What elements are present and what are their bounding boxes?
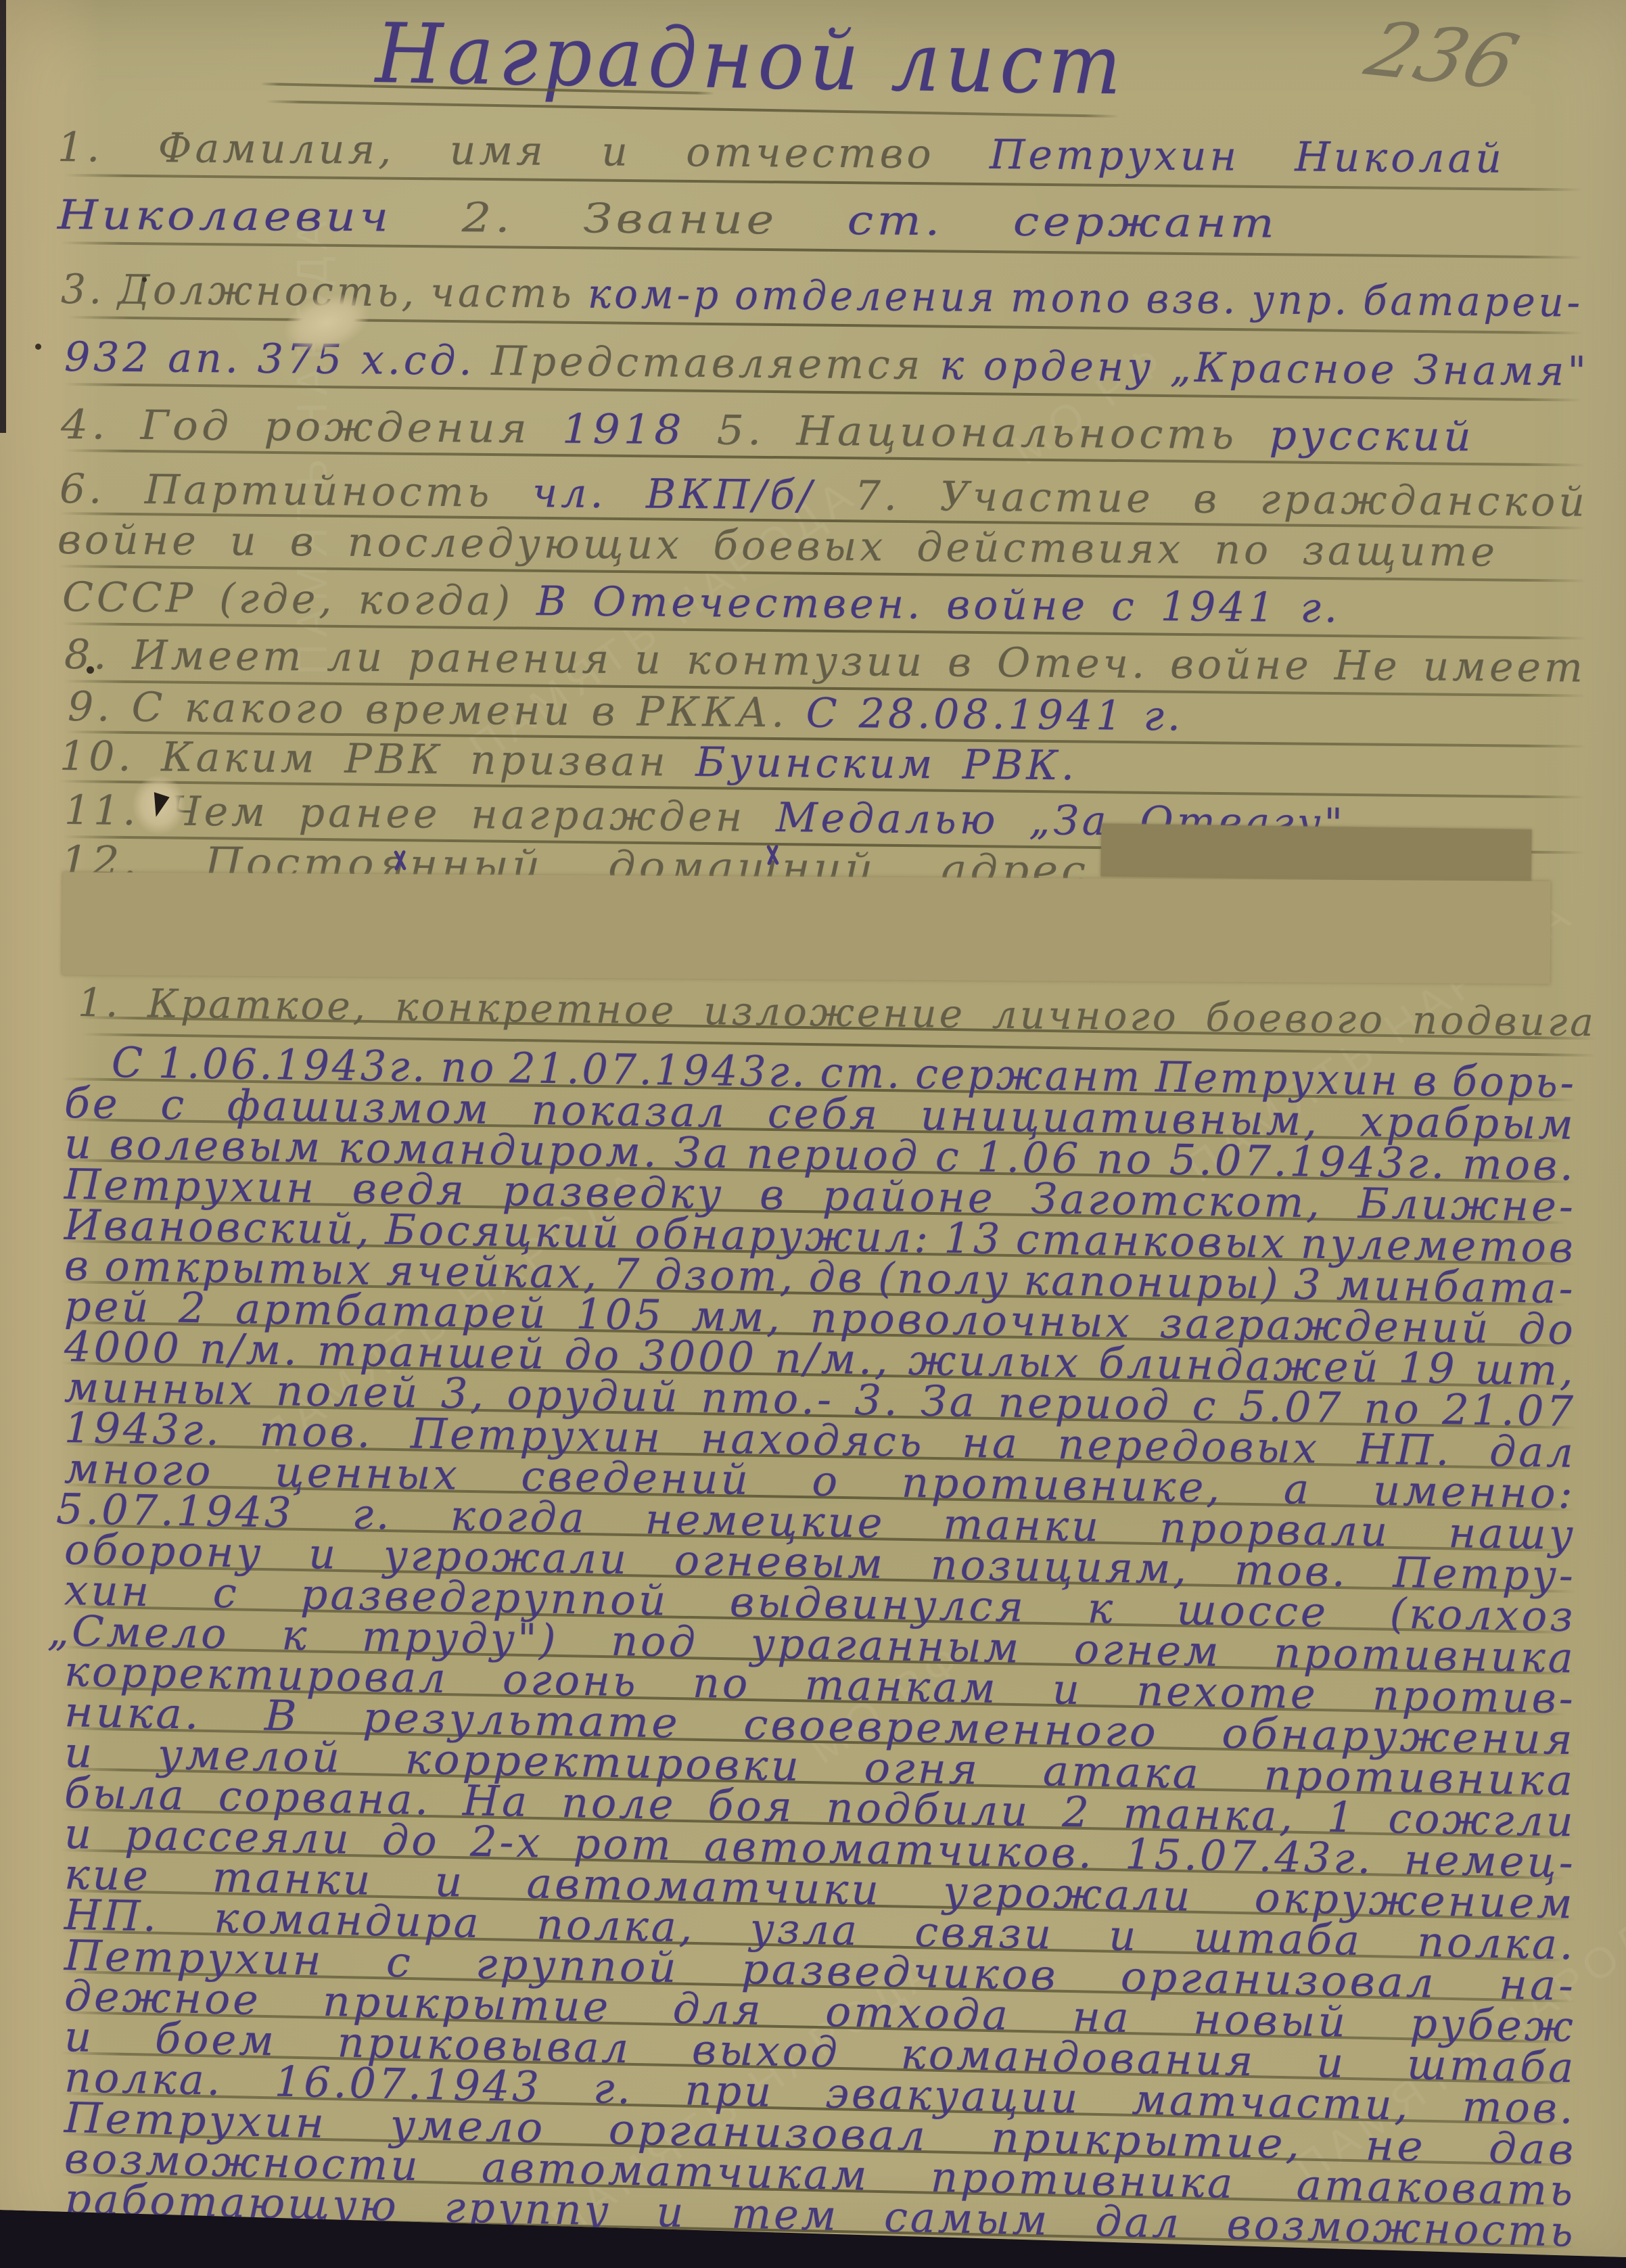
form-row: Николаевич 2. Звание ст. сержант: [57, 193, 1278, 246]
ink-caret-mark: [762, 844, 785, 864]
text-segment: 8. Имеет ли ранения и контузии в Отеч. в…: [64, 631, 1334, 689]
redaction-box: [1100, 824, 1531, 883]
text-segment: Представляется: [491, 338, 940, 389]
text-segment: ком-р отделения топо взв. упр. батареи-: [588, 271, 1584, 327]
ink-caret-mark: [389, 850, 412, 870]
scanned-document: ПАМЯТЬ НАРОДАПАМЯТЬ НАРОДАМО РФПАМЯТЬ НА…: [0, 0, 1626, 2268]
text-segment: чл. ВКП/б/: [532, 469, 855, 519]
text-segment: Николаевич: [57, 191, 462, 241]
document-page: ПАМЯТЬ НАРОДАПАМЯТЬ НАРОДАМО РФПАМЯТЬ НА…: [0, 0, 1626, 2268]
text-segment: 932 ап. 375 х.сд.: [64, 333, 492, 385]
form-row: 9. С какого времени в РККА. С 28.08.1941…: [68, 685, 1184, 739]
text-segment: 5. Национальность: [684, 407, 1269, 459]
form-row: СССР (где, когда) В Отечествен. войне с …: [62, 575, 1341, 630]
scan-edge: [0, 0, 6, 433]
ink-speck: [142, 277, 147, 282]
redaction-box: [62, 872, 1551, 983]
form-row: 1. Фамилия, имя и отчество Петрухин Нико…: [57, 125, 1505, 181]
text-segment: 1. Фамилия, имя и отчество: [57, 124, 990, 179]
text-segment: русский: [1269, 412, 1474, 461]
text-segment: Не имеет: [1334, 642, 1587, 691]
text-segment: 6. Партийность: [60, 465, 533, 517]
ink-speck: [35, 344, 41, 350]
text-segment: С 28.08.1941 г.: [806, 690, 1184, 741]
text-segment: 1918: [562, 405, 685, 454]
text-segment: 2. Звание: [461, 194, 847, 244]
document-title: Наградной лист: [375, 5, 1127, 113]
form-row: 10. Каким РВК призван Буинским РВК.: [60, 734, 1078, 788]
text-segment: к ордену „Красное Знамя": [939, 342, 1589, 395]
text-segment: СССР (где, когда): [62, 574, 537, 625]
text-segment: 4. Год рождения: [61, 401, 563, 453]
text-segment: Буинским РВК.: [695, 739, 1077, 789]
text-segment: 7. Участие в гражданской: [854, 472, 1588, 526]
text-segment: В Отечествен. войне с 1941 г.: [536, 578, 1341, 632]
ink-speck: [87, 666, 94, 674]
text-segment: ст. сержант: [847, 197, 1278, 247]
text-segment: 9. С какого времени в РККА.: [68, 683, 806, 737]
text-segment: Петрухин Николай: [990, 131, 1505, 183]
page-number: 236: [1356, 6, 1528, 107]
paper-tear: [133, 775, 185, 835]
